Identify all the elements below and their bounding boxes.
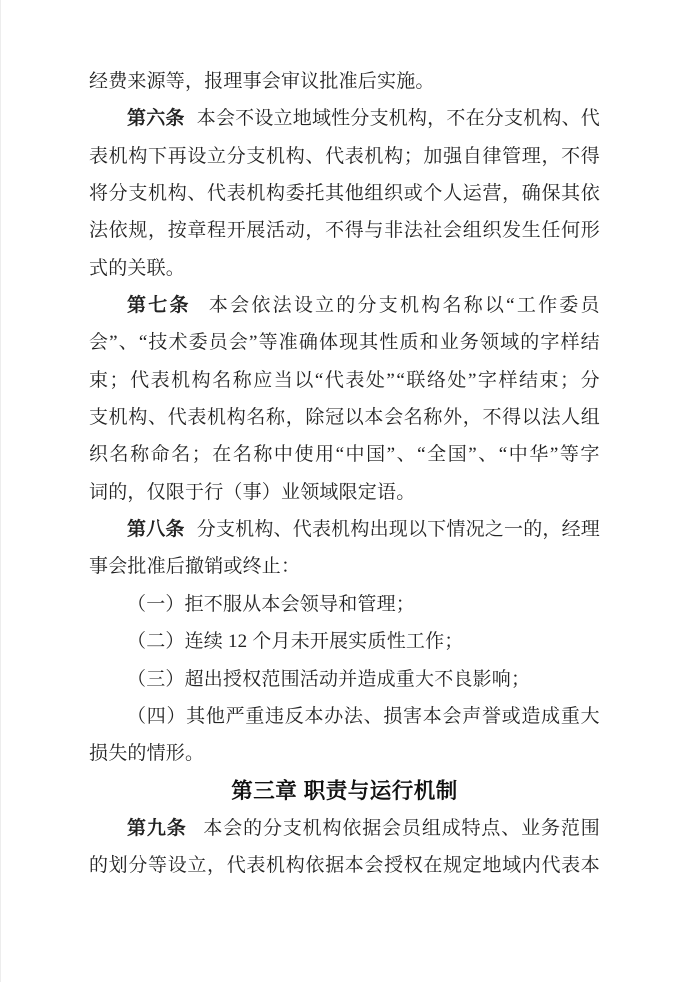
text-line: 支机构、代表机构名称，除冠以本会名称外，不得以法人组	[89, 399, 600, 436]
text-line: 经费来源等，报理事会审议批准后实施。	[89, 63, 600, 100]
line-text: （一）拒不服从本会领导和管理；	[127, 594, 415, 615]
list-item-3: （三）超出授权范围活动并造成重大不良影响；	[89, 661, 600, 698]
line-text: 损失的情形。	[89, 743, 204, 764]
line-text: （二）连续 12 个月未开展实质性工作；	[127, 631, 464, 652]
text-line: 将分支机构、代表机构委托其他组织或个人运营，确保其依	[89, 175, 600, 212]
text-line: 织名称命名；在名称中使用“中国”、“全国”、“中华”等字	[89, 436, 600, 473]
article-7-line: 第七条 本会依法设立的分支机构名称以“工作委员	[89, 287, 600, 324]
line-text: （三）超出授权范围活动并造成重大不良影响；	[127, 669, 530, 690]
text-line: 会”、“技术委员会”等准确体现其性质和业务领域的字样结	[89, 324, 600, 361]
chapter-heading-text: 第三章 职责与运行机制	[231, 779, 457, 803]
page-edge-line	[0, 0, 1, 982]
chapter-heading: 第三章 职责与运行机制	[89, 773, 600, 810]
document-body: 经费来源等，报理事会审议批准后实施。 第六条 本会不设立地域性分支机构，不在分支…	[89, 63, 600, 885]
text-line: 损失的情形。	[89, 735, 600, 772]
line-text: 式的关联。	[89, 258, 185, 279]
article-8-line: 第八条 分支机构、代表机构出现以下情况之一的，经理	[89, 511, 600, 548]
text-line: 式的关联。	[89, 250, 600, 287]
article-6-line: 第六条 本会不设立地域性分支机构，不在分支机构、代	[89, 100, 600, 137]
text-line: 法依规，按章程开展活动，不得与非法社会组织发生任何形	[89, 212, 600, 249]
line-text: 经费来源等，报理事会审议批准后实施。	[89, 71, 435, 92]
text-line: 表机构下再设立分支机构、代表机构；加强自律管理，不得	[89, 138, 600, 175]
document-page: 经费来源等，报理事会审议批准后实施。 第六条 本会不设立地域性分支机构，不在分支…	[0, 0, 694, 982]
list-item-4: （四）其他严重违反本办法、损害本会声誉或造成重大	[89, 698, 600, 735]
text-line: 束；代表机构名称应当以“代表处”“联络处”字样结束；分	[89, 362, 600, 399]
text-line: 事会批准后撤销或终止：	[89, 548, 600, 585]
article-9-line: 第九条 本会的分支机构依据会员组成特点、业务范围	[89, 810, 600, 847]
list-item-1: （一）拒不服从本会领导和管理；	[89, 586, 600, 623]
list-item-2: （二）连续 12 个月未开展实质性工作；	[89, 623, 600, 660]
text-line: 的划分等设立，代表机构依据本会授权在规定地域内代表本	[89, 847, 600, 884]
line-text: 词的，仅限于行（事）业领域限定语。	[89, 482, 415, 503]
line-text: 事会批准后撤销或终止：	[89, 556, 300, 577]
text-line: 词的，仅限于行（事）业领域限定语。	[89, 474, 600, 511]
